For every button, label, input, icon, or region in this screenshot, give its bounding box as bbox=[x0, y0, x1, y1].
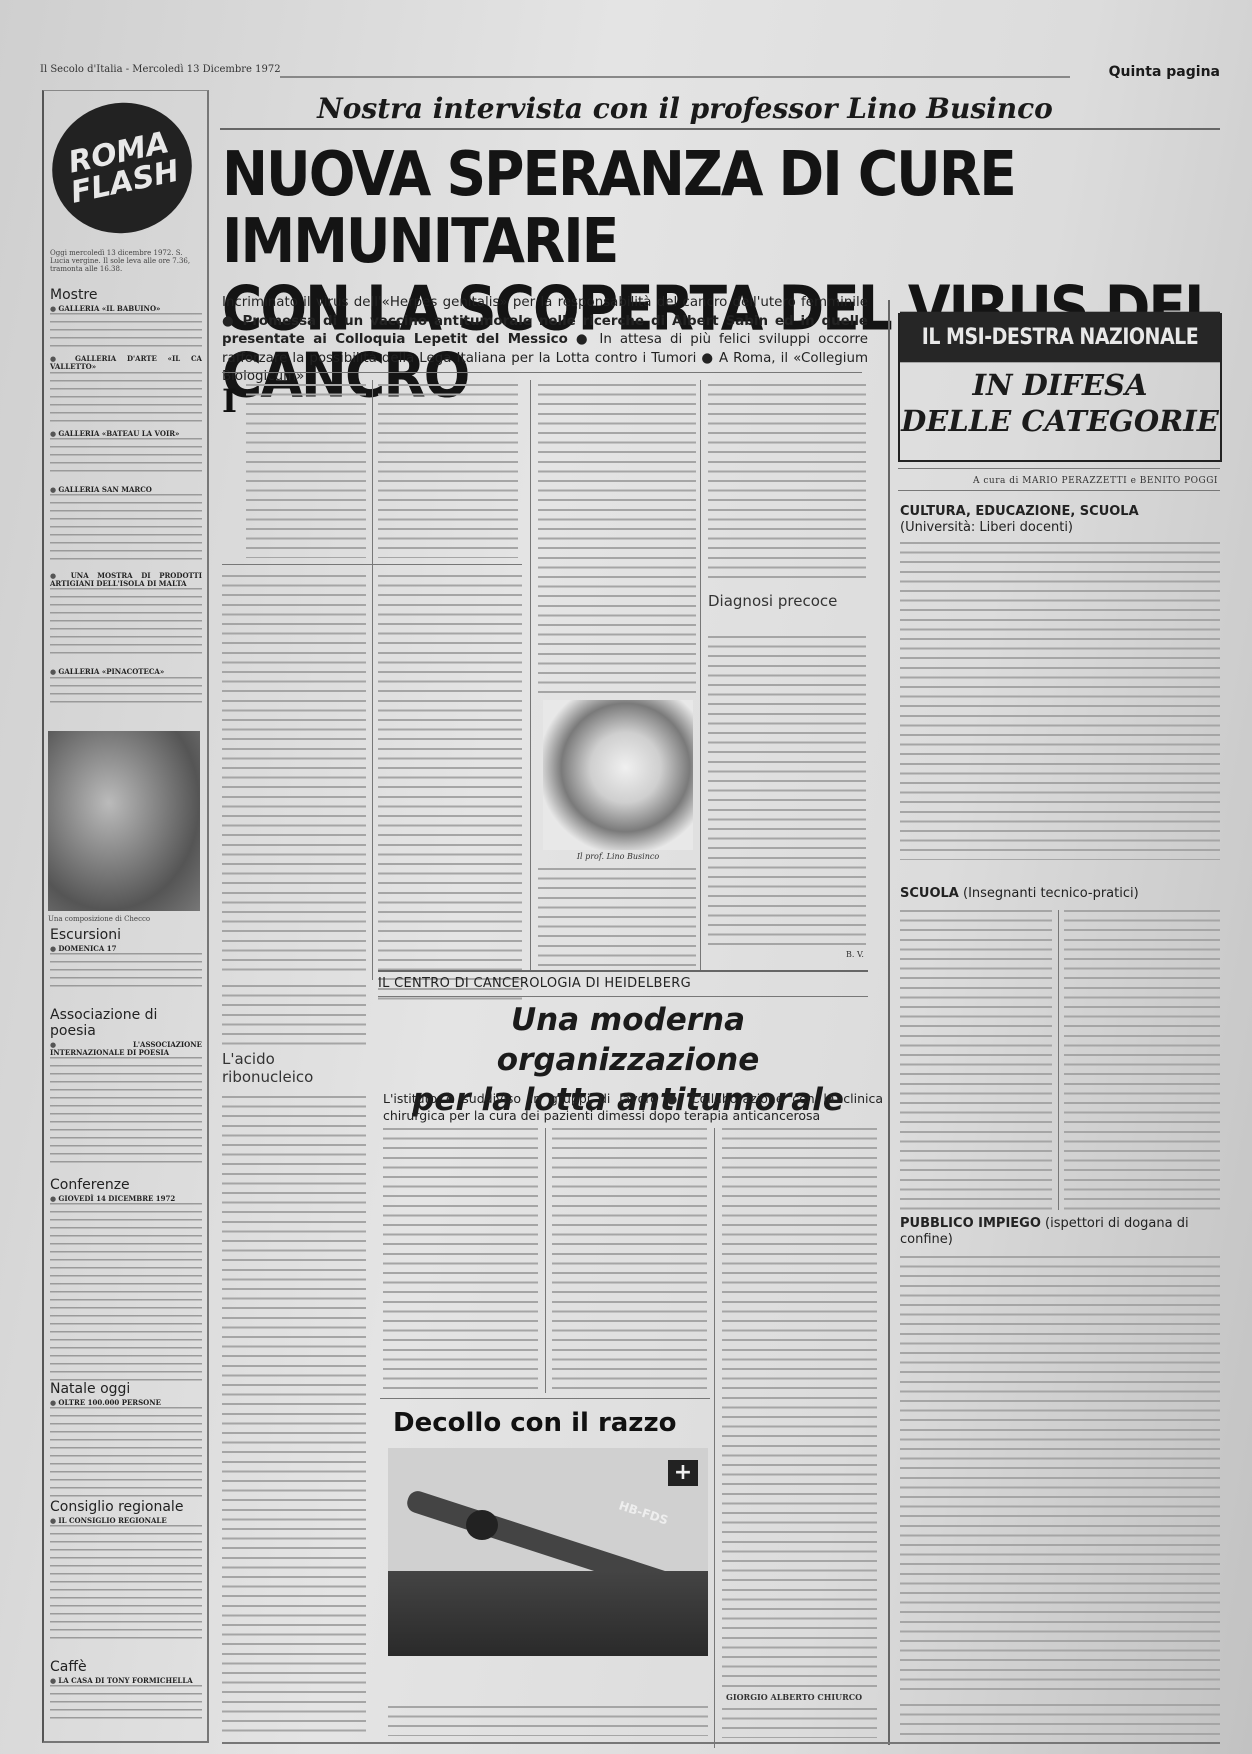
list-item: ● GALLERIA SAN MARCO bbox=[50, 486, 202, 564]
divider bbox=[898, 468, 1220, 469]
airplane-photo: + HB-FDS bbox=[388, 1448, 708, 1656]
ground bbox=[388, 1571, 708, 1656]
column-rule bbox=[714, 1128, 715, 1748]
swiss-flag-icon: + bbox=[668, 1460, 698, 1486]
deck-part: Incriminato il virus dell'«Herpes genita… bbox=[222, 295, 868, 310]
section-natale: Natale oggi ● OLTRE 100.000 PERSONE bbox=[50, 1381, 202, 1505]
divider bbox=[222, 372, 862, 373]
section-heading: Mostre bbox=[50, 287, 202, 303]
section-heading: Escursioni bbox=[50, 927, 202, 943]
roma-flash-logo: ROMA FLASH bbox=[40, 90, 204, 246]
end-note bbox=[722, 1708, 877, 1738]
list-item: ● GALLERIA «PINACOTECA» bbox=[50, 668, 202, 704]
section-conferenze: Conferenze ● GIOVEDÌ 14 DICEMBRE 1972 bbox=[50, 1177, 202, 1391]
masthead-date: Il Secolo d'Italia - Mercoledì 13 Dicemb… bbox=[40, 64, 281, 75]
article-text-column bbox=[538, 868, 696, 968]
photo-caption bbox=[388, 1706, 708, 1736]
section-poesia: Associazione di poesia ● L'ASSOCIAZIONE … bbox=[50, 1007, 202, 1175]
section-label: IL CENTRO DI CANCEROLOGIA DI HEIDELBERG bbox=[378, 976, 691, 991]
kicker-rule bbox=[220, 128, 1220, 130]
roma-flash-sidebar: ROMA FLASH Oggi mercoledì 13 dicembre 19… bbox=[42, 90, 209, 1743]
section-heading-pubblico: PUBBLICO IMPIEGO (ispettori di dogana di… bbox=[900, 1216, 1220, 1248]
list-item: ● GALLERIA «BATEAU LA VOIR» bbox=[50, 430, 202, 478]
article-text-column bbox=[246, 384, 366, 558]
drop-cap: I bbox=[222, 382, 237, 420]
photo-story-title: Decollo con il razzo bbox=[393, 1408, 676, 1438]
article-text-column bbox=[552, 1128, 707, 1393]
logo-text: ROMA FLASH bbox=[47, 124, 196, 212]
list-item: ● UNA MOSTRA DI PRODOTTI ARTIGIANI DELL'… bbox=[50, 572, 202, 660]
section-escursioni: Escursioni ● DOMENICA 17 bbox=[50, 927, 202, 1001]
second-signature: GIORGIO ALBERTO CHIURCO bbox=[726, 1692, 862, 1702]
portrait-photo-businco bbox=[543, 700, 693, 850]
article-kicker: Nostra intervista con il professor Lino … bbox=[300, 92, 1070, 125]
byline: A cura di MARIO PERAZZETTI e BENITO POGG… bbox=[900, 476, 1218, 486]
section-consiglio: Consiglio regionale ● IL CONSIGLIO REGIO… bbox=[50, 1499, 202, 1653]
sidebar-artwork-photo bbox=[48, 731, 200, 911]
sidebar-photo-caption: Una composizione di Checco bbox=[48, 915, 200, 923]
article-text-column bbox=[900, 542, 1220, 860]
article-text-column bbox=[708, 636, 866, 946]
divider bbox=[378, 970, 868, 972]
column-rule bbox=[888, 300, 890, 1745]
masthead: Il Secolo d'Italia - Mercoledì 13 Dicemb… bbox=[40, 64, 1220, 80]
article-text-column bbox=[378, 384, 518, 558]
divider bbox=[380, 1398, 710, 1399]
column-rule bbox=[545, 1128, 546, 1393]
list-item: ● GALLERIA «IL BABUINO» bbox=[50, 305, 202, 347]
msi-box: IL MSI-DESTRA NAZIONALE IN DIFESA DELLE … bbox=[898, 313, 1222, 462]
contact-note bbox=[900, 1704, 1220, 1738]
article-text-column bbox=[222, 1096, 366, 1736]
section-heading-scuola: SCUOLA (Insegnanti tecnico-pratici) bbox=[900, 886, 1220, 902]
list-item: ● OLTRE 100.000 PERSONE bbox=[50, 1399, 202, 1497]
divider bbox=[378, 996, 868, 997]
list-item: ● DOMENICA 17 bbox=[50, 945, 202, 993]
subhead-acido: L'acido ribonucleico bbox=[222, 1050, 362, 1086]
subhead-diagnosi: Diagnosi precoce bbox=[708, 592, 858, 610]
article-text-column bbox=[1064, 910, 1220, 1210]
box-title-line-1: IN DIFESA bbox=[900, 367, 1220, 403]
msi-box-title: IN DIFESA DELLE CATEGORIE bbox=[900, 359, 1220, 439]
article-text-column bbox=[222, 985, 366, 1045]
portrait-caption: Il prof. Lino Businco bbox=[543, 852, 693, 861]
article-text-column bbox=[722, 1128, 877, 1688]
masthead-rule bbox=[280, 76, 1070, 78]
airplane-wheel bbox=[466, 1510, 498, 1540]
section-heading: Caffè bbox=[50, 1659, 202, 1675]
article-text-column bbox=[900, 910, 1052, 1210]
column-rule bbox=[372, 380, 373, 980]
article-text-column bbox=[378, 575, 522, 1000]
sidebar-intro: Oggi mercoledì 13 dicembre 1972. S. Luci… bbox=[50, 249, 200, 273]
article-text-column bbox=[900, 1256, 1220, 1696]
column-rule bbox=[700, 380, 701, 970]
section-mostre: Mostre ● GALLERIA «IL BABUINO» ● GALLERI… bbox=[50, 287, 202, 713]
headline-line-1: Una moderna organizzazione bbox=[378, 1000, 878, 1080]
list-item: ● GIOVEDÌ 14 DICEMBRE 1972 bbox=[50, 1195, 202, 1383]
column-rule bbox=[1058, 910, 1059, 1210]
bottom-rule bbox=[222, 1742, 1220, 1744]
section-heading-cultura: CULTURA, EDUCAZIONE, SCUOLA(Università: … bbox=[900, 504, 1220, 536]
list-item: ● LA CASA DI TONY FORMICHELLA bbox=[50, 1677, 202, 1725]
article-text-column bbox=[383, 1128, 538, 1393]
headline-line-1: NUOVA SPERANZA DI CURE IMMUNITARIE bbox=[222, 140, 1222, 274]
divider bbox=[898, 490, 1220, 491]
article-signature: B. V. bbox=[846, 950, 864, 959]
airplane-registration: HB-FDS bbox=[617, 1498, 670, 1527]
article-text-column bbox=[538, 384, 696, 694]
article-text-column bbox=[708, 384, 866, 584]
column-rule bbox=[530, 380, 531, 970]
msi-banner: IL MSI-DESTRA NAZIONALE bbox=[900, 312, 1220, 363]
section-heading: Natale oggi bbox=[50, 1381, 202, 1397]
box-title-line-2: DELLE CATEGORIE bbox=[900, 403, 1220, 439]
section-heading: Consiglio regionale bbox=[50, 1499, 202, 1515]
section-caffe: Caffè ● LA CASA DI TONY FORMICHELLA bbox=[50, 1659, 202, 1733]
second-deck: L'istituto è suddiviso in gruppi di lavo… bbox=[383, 1090, 883, 1124]
list-item: ● IL CONSIGLIO REGIONALE bbox=[50, 1517, 202, 1645]
section-heading: Associazione di poesia bbox=[50, 1007, 202, 1039]
newspaper-page: Il Secolo d'Italia - Mercoledì 13 Dicemb… bbox=[0, 0, 1252, 1754]
page-label: Quinta pagina bbox=[1109, 64, 1220, 80]
section-heading: Conferenze bbox=[50, 1177, 202, 1193]
list-item: ● L'ASSOCIAZIONE INTERNAZIONALE DI POESI… bbox=[50, 1041, 202, 1167]
list-item: ● GALLERIA D'ARTE «IL CA VALLETTO» bbox=[50, 355, 202, 421]
article-text-column bbox=[222, 575, 366, 975]
